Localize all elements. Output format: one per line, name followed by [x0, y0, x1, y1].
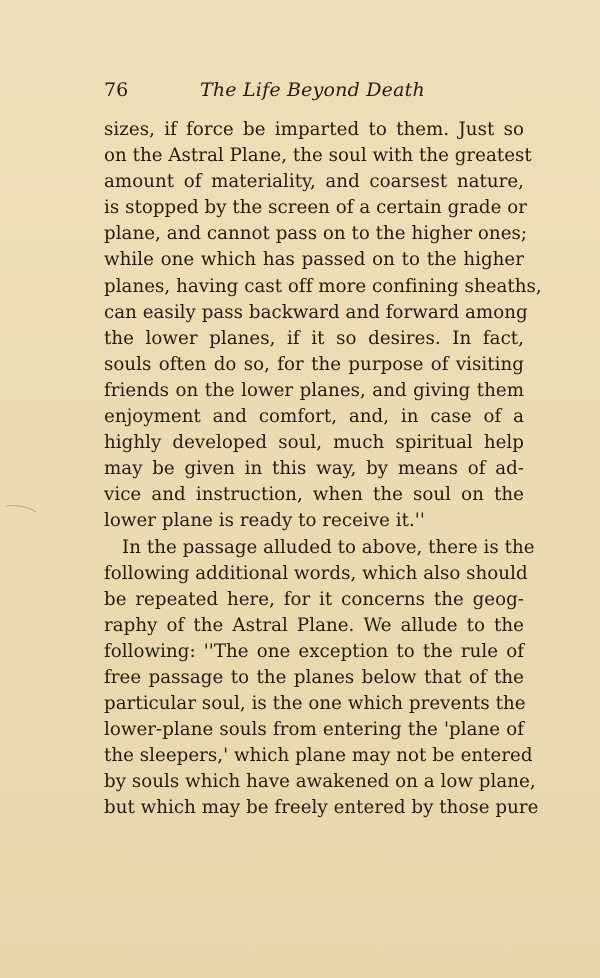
- page-number: 76: [104, 76, 128, 104]
- text-line: be repeated here, for it concerns the ge…: [104, 587, 524, 613]
- body-text: sizes, if force be imparted to them. Jus…: [104, 117, 524, 822]
- text-line: lower-plane souls from entering the 'pla…: [104, 717, 524, 743]
- text-line: souls often do so, for the purpose of vi…: [104, 352, 524, 378]
- text-line: vice and instruction, when the soul on t…: [104, 482, 524, 508]
- text-line: sizes, if force be imparted to them. Jus…: [104, 117, 524, 143]
- text-line: particular soul, is the one which preven…: [104, 691, 524, 717]
- paper-scratch-mark: [4, 500, 74, 520]
- running-head: 76 The Life Beyond Death: [104, 76, 524, 104]
- text-line: plane, and cannot pass on to the higher …: [104, 221, 524, 247]
- text-line: by souls which have awakened on a low pl…: [104, 769, 524, 795]
- text-line: free passage to the planes below that of…: [104, 665, 524, 691]
- text-line: enjoyment and comfort, and, in case of a: [104, 404, 524, 430]
- paragraph-end-line: lower plane is ready to receive it.'': [104, 508, 524, 534]
- text-line: may be given in this way, by means of ad…: [104, 456, 524, 482]
- text-line: the sleepers,' which plane may not be en…: [104, 743, 524, 769]
- paragraph-start-line: In the passage alluded to above, there i…: [104, 535, 524, 561]
- text-line: is stopped by the screen of a certain gr…: [104, 195, 524, 221]
- book-title: The Life Beyond Death: [200, 76, 425, 104]
- text-line: while one which has passed on to the hig…: [104, 247, 524, 273]
- text-line: planes, having cast off more confining s…: [104, 274, 524, 300]
- text-line: following additional words, which also s…: [104, 561, 524, 587]
- text-line: friends on the lower planes, and giving …: [104, 378, 524, 404]
- book-page: 76 The Life Beyond Death sizes, if force…: [0, 0, 600, 978]
- text-line: but which may be freely entered by those…: [104, 795, 524, 821]
- text-line: can easily pass backward and forward amo…: [104, 300, 524, 326]
- text-line: amount of materiality, and coarsest natu…: [104, 169, 524, 195]
- text-line: the lower planes, if it so desires. In f…: [104, 326, 524, 352]
- text-line: on the Astral Plane, the soul with the g…: [104, 143, 524, 169]
- text-line: following: ''The one exception to the ru…: [104, 639, 524, 665]
- text-line: raphy of the Astral Plane. We allude to …: [104, 613, 524, 639]
- text-line: highly developed soul, much spiritual he…: [104, 430, 524, 456]
